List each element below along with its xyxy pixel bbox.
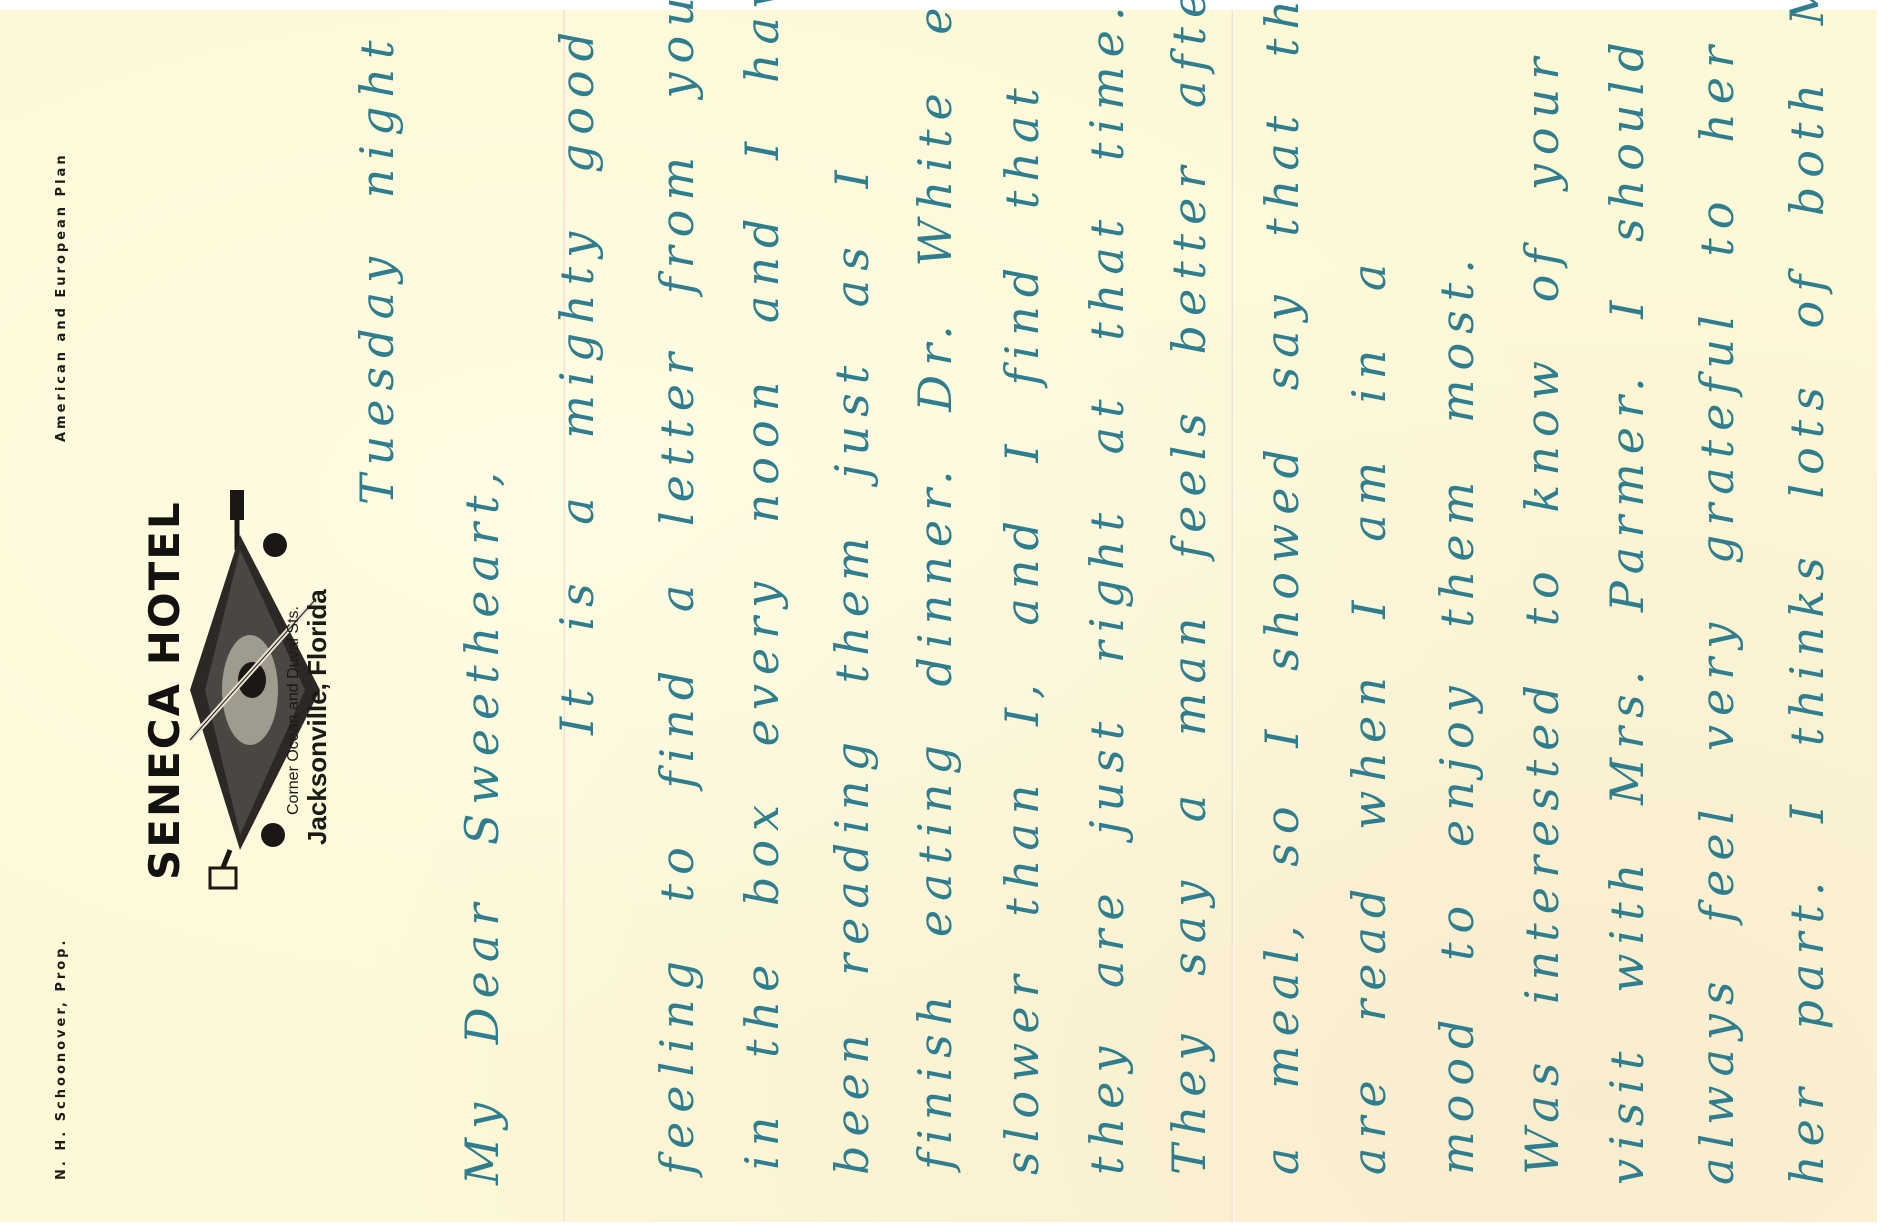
plan-line: American and European Plan bbox=[54, 152, 69, 442]
letter-line: are read when I am in a bbox=[1342, 255, 1396, 1175]
address-street: Corner Ocean and Duval Sts. bbox=[285, 606, 303, 815]
salutation: My Dear Sweetheart, bbox=[455, 463, 509, 1185]
letter-line: in the box every noon and I have bbox=[735, 0, 789, 1170]
letter-line: always feel very grateful to her for bbox=[1690, 0, 1744, 1185]
letter-line: finish eating dinner. Dr. White eats bbox=[908, 0, 962, 1170]
letter-line: mood to enjoy them most. bbox=[1430, 250, 1484, 1175]
letter-line: they are just right at that time. bbox=[1080, 0, 1134, 1175]
address-city: Jacksonville, Florida bbox=[302, 589, 333, 845]
letter-line: feeling to find a letter from you bbox=[650, 0, 704, 1175]
letter-line: visit with Mrs. Parmer. I should bbox=[1600, 33, 1654, 1185]
proprietor-line: N. H. Schoonover, Prop. bbox=[54, 938, 69, 1180]
letter-date: Tuesday night 7/27 bbox=[350, 0, 404, 505]
letter-line: her part. I thinks lots of both Mr bbox=[1780, 0, 1834, 1185]
letter-line: Was interested to know of your bbox=[1515, 49, 1569, 1175]
letter-line: It is a mighty good bbox=[550, 23, 604, 735]
letter-line: a meal, so I showed say that they bbox=[1255, 0, 1309, 1175]
letter-line: They say a man feels better after bbox=[1162, 0, 1216, 1175]
letter-line: been reading them just as I bbox=[825, 161, 879, 1175]
fold-line bbox=[1231, 10, 1235, 1222]
letter-line: slower than I, and I find that bbox=[995, 79, 1049, 1175]
